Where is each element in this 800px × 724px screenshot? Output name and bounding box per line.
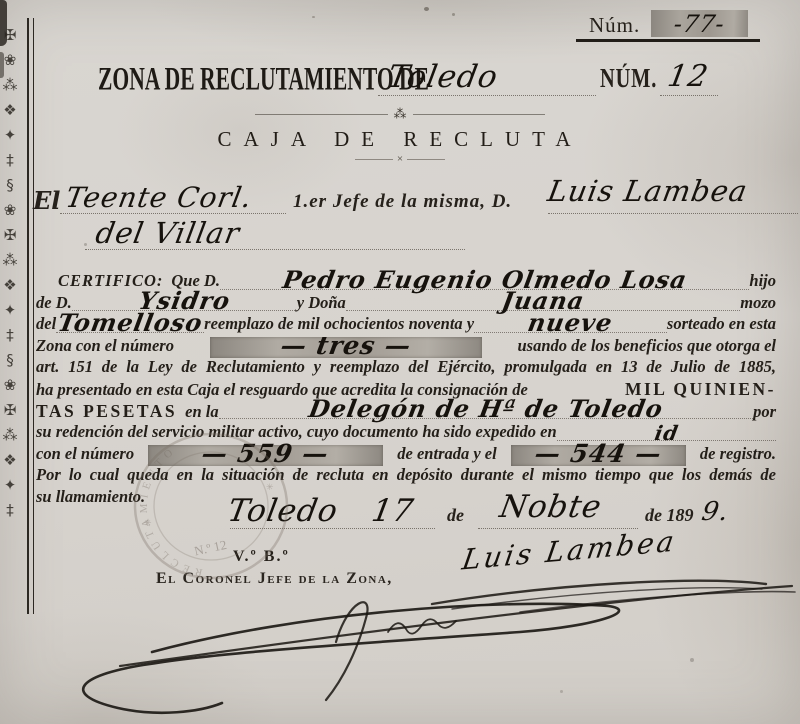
subheader-divider: × [355, 153, 445, 165]
date-de-label: de [447, 505, 464, 526]
year-word-handwritten: nueve [526, 311, 615, 335]
date-de189-label: de 189 [645, 505, 694, 526]
signature-right-handwritten: Luis Lambea [460, 527, 679, 574]
intro-name2-underline [85, 249, 465, 250]
paper-fleck [312, 16, 315, 18]
y-dona-label: y Doña [297, 293, 346, 313]
expedido-field: id [557, 419, 776, 441]
sorteado-text: sorteado en esta [667, 314, 776, 334]
header-divider-ornament: ⁂ [255, 106, 545, 122]
document-page: ✠❀⁂❖✦‡§❀✠⁂❖✦‡§❀✠⁂❖✦‡ Núm. -77- ZONA DE R… [0, 0, 800, 724]
registry-number-box: — 544 — [511, 445, 686, 466]
body-line: art. 151 de la Ley de Reclutamiento y re… [36, 357, 776, 379]
body-line: Zona con el número — tres — usando de lo… [36, 336, 776, 358]
header-place-underline [378, 95, 596, 96]
header-num-underline [660, 95, 718, 96]
con-numero-text: con el número [36, 444, 134, 464]
divider-glyph: × [393, 153, 407, 165]
date-year-handwritten: 9. [700, 499, 731, 525]
hijo-label: hijo [749, 271, 776, 291]
delegacion-field: Delegón de Hª de Toledo [219, 398, 753, 420]
lottery-number-handwritten: — tres — [278, 333, 413, 358]
lottery-number-box: — tres — [210, 337, 482, 358]
rubric-scrawl [388, 619, 456, 633]
corner-num-box: -77- [651, 10, 748, 37]
paper-fleck [84, 243, 87, 246]
registry-number-handwritten: — 544 — [533, 441, 664, 466]
zona-numero-text: Zona con el número [36, 336, 174, 356]
divider-glyph: ⁂ [388, 106, 413, 122]
left-border-rule [27, 18, 34, 614]
header-place-handwritten: Toledo [385, 62, 500, 93]
rubric-sweep [120, 586, 792, 666]
header-title: ZONA DE RECLUTAMIENTO DE [98, 61, 429, 98]
mozo-label: mozo [740, 293, 776, 313]
corner-num-rule [576, 39, 760, 42]
stamp-star-icon: ✳ [266, 483, 274, 493]
subheader-title: CAJA DE RECLUTA [150, 127, 650, 152]
paper-stain [0, 52, 4, 78]
date-month-handwritten: Nobte [497, 492, 604, 523]
paper-fleck [424, 7, 429, 11]
recruit-name-field: Pedro Eugenio Olmedo Losa [220, 268, 749, 290]
flourish-line [452, 588, 762, 609]
paper-fleck [560, 690, 563, 693]
left-ornament-border: ✠❀⁂❖✦‡§❀✠⁂❖✦‡§❀✠⁂❖✦‡ [0, 26, 25, 616]
del-label: del [36, 314, 56, 334]
intro-name-handwritten: Luis Lambea [545, 177, 749, 206]
year-word-field: nueve [474, 311, 667, 333]
town-field: Tomelloso [56, 311, 204, 333]
corner-num-label: Núm. [589, 13, 640, 38]
de-registro-text: de registro. [700, 444, 776, 464]
intro-underline [60, 213, 286, 214]
usando-text: usando de los beneficios que otorga el [517, 336, 776, 356]
intro-initial: El [33, 186, 60, 215]
rubric-sweep-2 [520, 592, 795, 612]
articulo-text: art. 151 de la Ley de Reclutamiento y re… [36, 357, 776, 376]
paper-fleck [452, 13, 455, 16]
town-handwritten: Tomelloso [56, 311, 205, 335]
recruit-name-handwritten: Pedro Eugenio Olmedo Losa [281, 268, 689, 292]
corner-num-value: -77- [672, 12, 727, 36]
header-num-label: NÚM. [600, 64, 657, 95]
en-la-label: en la [185, 402, 218, 422]
header-num-value: 12 [665, 62, 710, 92]
intro-name2-handwritten: del Villar [93, 219, 242, 248]
rubric-loop [83, 604, 619, 713]
paper-stain [0, 0, 7, 46]
intro-name-underline [548, 213, 798, 214]
official-stamp: RECLUTAMIENTO N.º 12 ✳ ✳ [130, 430, 292, 582]
flourish-line [432, 581, 766, 604]
date-month-underline [478, 528, 638, 529]
llamamiento-text: su llamamiento. [36, 487, 145, 507]
stamp-number: N.º 12 [193, 537, 228, 559]
intro-rank-handwritten: Teente Corl. [64, 184, 255, 212]
de-entrada-text: de entrada y el [397, 444, 496, 464]
stamp-star-icon: ✳ [144, 519, 152, 529]
delegacion-handwritten: Delegón de Hª de Toledo [307, 397, 665, 421]
date-day-handwritten: 17 [369, 496, 416, 527]
paper-fleck [690, 658, 694, 662]
rubric-downstroke [326, 602, 368, 700]
amount-caps-2: TAS PESETAS [36, 401, 177, 422]
intro-printed: 1.er Jefe de la misma, D. [293, 191, 512, 213]
